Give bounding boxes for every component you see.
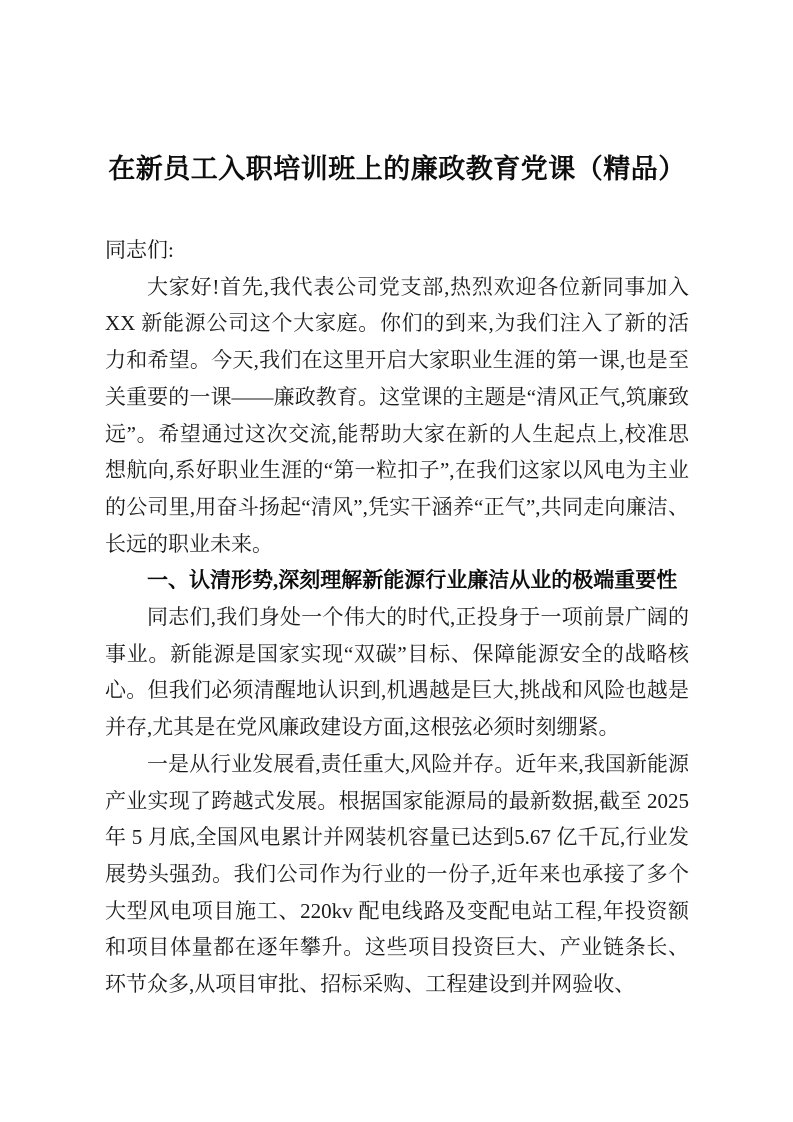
document-body: 同志们: 大家好!首先,我代表公司党支部,热烈欢迎各位新同事加入 XX 新能源公… [105, 232, 689, 1003]
document-title: 在新员工入职培训班上的廉政教育党课（精品） [105, 150, 689, 188]
paragraph-industry: 一是从行业发展看,责任重大,风险并存。近年来,我国新能源产业实现了跨越式发展。根… [105, 746, 689, 1003]
salutation: 同志们: [105, 232, 689, 269]
document-page: 在新员工入职培训班上的廉政教育党课（精品） 同志们: 大家好!首先,我代表公司党… [0, 0, 793, 1122]
paragraph-intro: 大家好!首先,我代表公司党支部,热烈欢迎各位新同事加入 XX 新能源公司这个大家… [105, 269, 689, 563]
section-heading-1: 一、认清形势,深刻理解新能源行业廉洁从业的极端重要性 [105, 562, 689, 599]
paragraph-era: 同志们,我们身处一个伟大的时代,正投身于一项前景广阔的事业。新能源是国家实现“双… [105, 599, 689, 746]
